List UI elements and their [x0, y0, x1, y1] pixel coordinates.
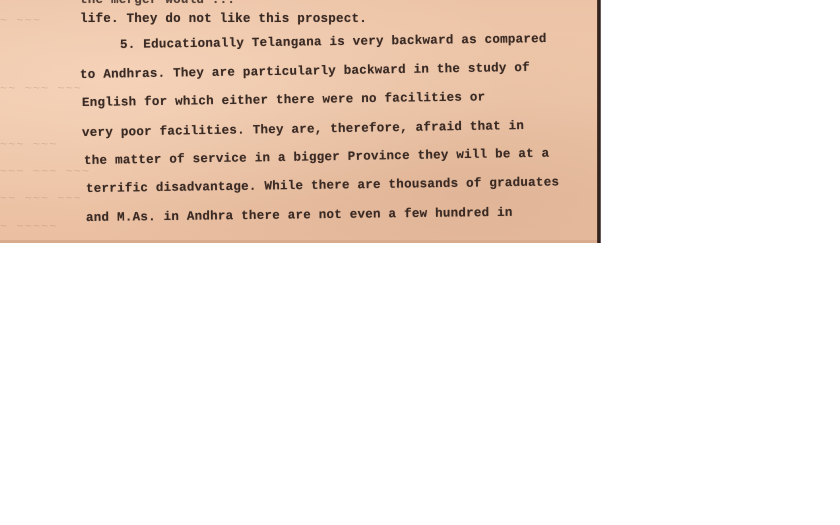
text-line: terrific disadvantage. While there are t…	[86, 175, 559, 196]
bleed-through-text: ~~~ ~~~ ~~~	[0, 165, 80, 179]
page-edge	[597, 0, 601, 243]
text-line: life. They do not like this prospect.	[80, 12, 367, 26]
bleed-through-text: ~~ ~~~ ~~~	[0, 82, 80, 96]
scanned-page: ~ ~~~ ~~ ~~~ ~~~ ~~~ ~~~ ~~~ ~~~ ~~~ ~~ …	[0, 0, 597, 243]
text-line: very poor facilities. They are, therefor…	[82, 119, 524, 140]
bleed-through-text: ~ ~~~	[0, 14, 80, 28]
text-line: the merger would ...	[80, 0, 235, 7]
bleed-through-text: ~~ ~~~ ~~~	[0, 192, 80, 206]
paragraph-start: 5. Educationally Telangana is very backw…	[120, 32, 547, 52]
text-line: the matter of service in a bigger Provin…	[84, 147, 550, 168]
bleed-through-text: ~ ~~~~~	[0, 220, 80, 234]
text-line: to Andhras. They are particularly backwa…	[80, 61, 530, 82]
text-line: and M.As. in Andhra there are not even a…	[86, 206, 513, 225]
text-line: English for which either there were no f…	[82, 90, 486, 110]
bleed-through-text: ~~~ ~~~	[0, 138, 80, 152]
